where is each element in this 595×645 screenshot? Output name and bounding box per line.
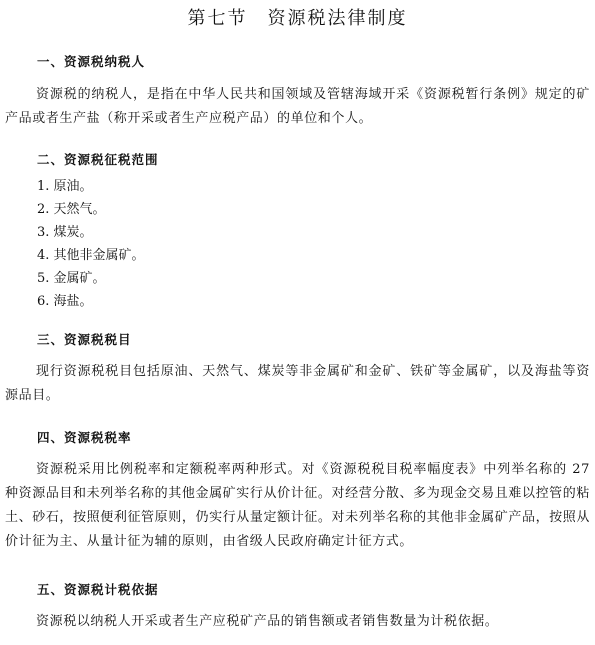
list-item: 3. 煤炭。 — [37, 222, 93, 244]
list-item: 6. 海盐。 — [37, 291, 93, 313]
paragraph-taxpayer: 资源税的纳税人，是指在中华人民共和国领域及管辖海域开采《资源税暂行条例》规定的矿… — [5, 83, 590, 131]
paragraph-basis: 资源税以纳税人开采或者生产应税矿产品的销售额或者销售数量为计税依据。 — [5, 610, 590, 634]
heading-basis: 五、资源税计税依据 — [37, 580, 159, 598]
paragraph-items: 现行资源税税目包括原油、天然气、煤炭等非金属矿和金矿、铁矿等金属矿，以及海盐等资… — [5, 360, 590, 408]
list-item: 2. 天然气。 — [37, 199, 106, 221]
list-item: 1. 原油。 — [37, 176, 93, 198]
heading-scope: 二、资源税征税范围 — [37, 150, 159, 168]
list-item: 4. 其他非金属矿。 — [37, 245, 145, 267]
heading-rates: 四、资源税税率 — [37, 428, 132, 446]
paragraph-rates: 资源税采用比例税率和定额税率两种形式。对《资源税税目税率幅度表》中列举名称的 2… — [5, 458, 590, 554]
section-title: 第七节 资源税法律制度 — [0, 4, 595, 30]
list-item: 5. 金属矿。 — [37, 268, 106, 290]
heading-items: 三、资源税税目 — [37, 330, 132, 348]
heading-taxpayer: 一、资源税纳税人 — [37, 52, 145, 70]
